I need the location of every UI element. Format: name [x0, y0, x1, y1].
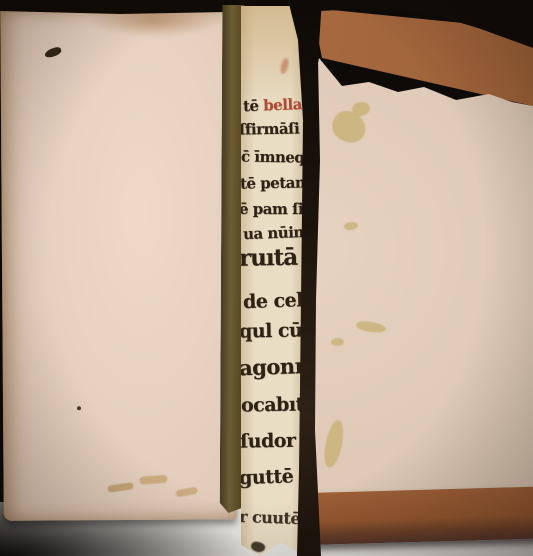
right-page-flake	[331, 337, 345, 346]
manuscript-text: guttē ſ	[241, 465, 305, 489]
manuscript-strip: tē bella ī ſfirmāſi c̄ īmneq tē petam ē …	[241, 6, 305, 556]
manuscript-text: tē	[243, 97, 264, 116]
manuscript-line: c̄ īmneq	[241, 147, 305, 166]
manuscript-text: ſudor e	[241, 429, 305, 452]
manuscript-text: c̄ īmneq	[241, 147, 305, 166]
right-page-flake	[343, 221, 358, 231]
rubric-text: bella	[263, 95, 302, 114]
manuscript-text: ruıtā ū	[241, 243, 305, 271]
left-page-dark-speck	[44, 46, 63, 59]
manuscript-text: ē pam ſim	[241, 200, 305, 218]
left-page-smudge	[107, 482, 134, 493]
manuscript-line: ruıtā ū	[241, 243, 305, 271]
manuscript-line: ſudor e	[241, 429, 305, 452]
manuscript-text: r cuutē	[241, 507, 300, 528]
red-ink-smudge	[279, 57, 290, 74]
manuscript-text: ocabıt	[241, 393, 304, 416]
right-page-flake	[321, 419, 347, 469]
manuscript-text: ua nūim	[243, 223, 305, 243]
left-page-dot	[77, 406, 81, 410]
olive-turn-in-strip	[220, 5, 245, 513]
manuscript-text: tē petam	[241, 173, 305, 192]
manuscript-line: ē pam ſim	[241, 200, 305, 218]
left-page-smudge	[139, 475, 168, 485]
manuscript-line: ſfirmāſi	[241, 119, 299, 138]
left-page-smudge	[175, 487, 198, 498]
book-photo: tē bella ī ſfirmāſi c̄ īmneq tē petam ē …	[0, 0, 533, 556]
right-page-flake	[355, 320, 386, 334]
manuscript-line: de celo	[243, 289, 305, 314]
manuscript-line: ocabıt	[241, 393, 304, 416]
manuscript-line: agonıa	[241, 353, 305, 381]
manuscript-line: ua nūim	[243, 223, 305, 243]
manuscript-text: ſfirmāſi	[241, 119, 299, 138]
leather-cover-edge-bottom	[296, 487, 533, 546]
left-page	[0, 5, 237, 521]
manuscript-line: r cuutē	[241, 507, 300, 528]
manuscript-text: agonıa	[241, 353, 305, 381]
manuscript-line: tē petam	[241, 173, 305, 192]
manuscript-line: tē bella ī	[243, 95, 305, 115]
manuscript-line: qul cū·	[241, 319, 305, 342]
manuscript-line: guttē ſ	[241, 465, 305, 489]
manuscript-text: de celo	[243, 289, 305, 314]
manuscript-text: qul cū·	[241, 319, 305, 342]
